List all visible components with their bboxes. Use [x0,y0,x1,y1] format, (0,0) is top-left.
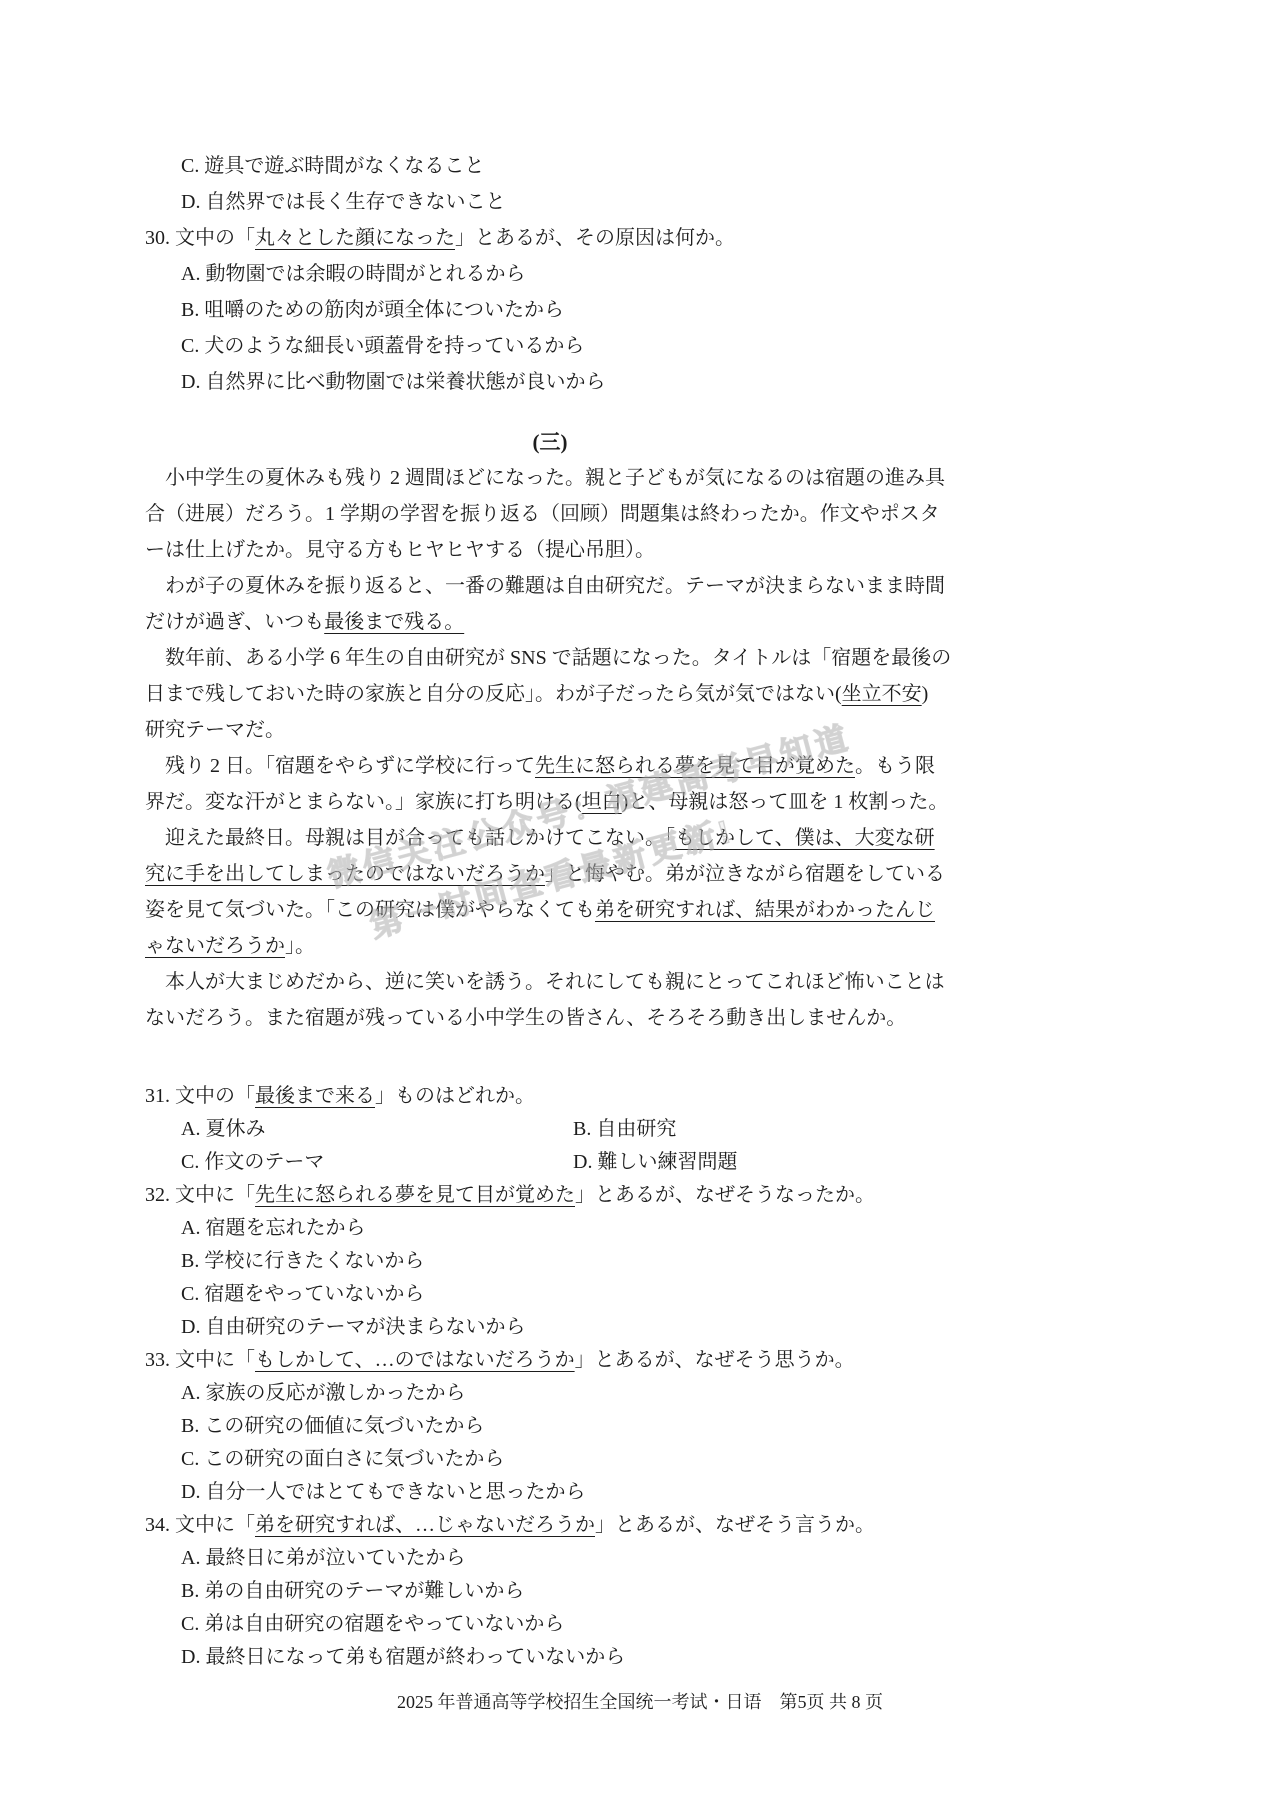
text-segment: 日まで残しておいた時の家族と自分の反応」。わが子だったら気が気ではない( [145,683,842,705]
q32-option-c: C. 宿題をやっていないから [145,1278,955,1311]
text-segment: 31. 文中の「 [145,1085,255,1107]
passage-line: 究に手を出してしまったのではないだろうか」と悔やむ。弟が泣きながら宿題をしている [145,856,955,892]
underlined-quote: 弟を研究すれば、…じゃないだろうか [255,1514,595,1536]
text-segment: 33. 文中に「 [145,1349,255,1371]
q32-option-d: D. 自由研究のテーマが決まらないから [145,1311,955,1344]
underlined-annotation: 坦白 [582,791,622,813]
q30-stem: 30. 文中の「丸々とした顔になった」とあるが、その原因は何か。 [145,220,955,256]
text-segment: 」とあるが、その原因は何か。 [455,227,735,249]
passage-line: ゃないだろうか」。 [145,928,955,964]
underlined-quote: 先生に怒られる夢を見て目が覚めた [255,1184,575,1206]
q29-option-c: C. 遊具で遊ぶ時間がなくなること [145,148,955,184]
questions-section: 31. 文中の「最後まで来る」ものはどれか。 A. 夏休み B. 自由研究 C.… [145,1080,955,1674]
q34-option-b: B. 弟の自由研究のテーマが難しいから [145,1575,955,1608]
passage-line: だけが過ぎ、いつも最後まで残る。 [145,604,955,640]
passage-line: 姿を見て気づいた。「この研究は僕がやらなくても弟を研究すれば、結果がわかったんじ [145,892,955,928]
q31-stem: 31. 文中の「最後まで来る」ものはどれか。 [145,1080,955,1113]
text-segment: 界だ。変な汗がとまらない。」家族に打ち明ける( [145,791,582,813]
section-heading: (三) [145,424,955,460]
q32-stem: 32. 文中に「先生に怒られる夢を見て目が覚めた」とあるが、なぜそうなったか。 [145,1179,955,1212]
underlined-quote: もしかして、…のではないだろうか [255,1349,575,1371]
q31-option-d: D. 難しい練習問題 [573,1146,955,1179]
text-segment: 」とあるが、なぜそう思うか。 [575,1349,855,1371]
exam-page: C. 遊具で遊ぶ時間がなくなること D. 自然界では長く生存できないこと 30.… [0,0,1280,1810]
text-segment: 。もう限 [855,755,935,777]
text-segment: 32. 文中に「 [145,1184,255,1206]
text-segment: ) [922,683,929,705]
text-segment: 」ものはどれか。 [375,1085,535,1107]
passage-line: 界だ。変な汗がとまらない。」家族に打ち明ける(坦白)と、母親は怒って皿を 1 枚… [145,784,955,820]
text-segment: 34. 文中に「 [145,1514,255,1536]
text-segment: 」。 [285,935,315,957]
q31-options: A. 夏休み B. 自由研究 C. 作文のテーマ D. 難しい練習問題 [145,1113,955,1179]
text-segment: 」とあるが、なぜそうなったか。 [575,1184,875,1206]
passage-line: ーは仕上げたか。見守る方もヒヤヒヤする（提心吊胆）。 [145,532,955,568]
underlined-text: もしかして、僕は、大変な研 [675,827,935,849]
underlined-text: ゃないだろうか [145,935,285,957]
passage-line: 迎えた最終日。母親は目が合っても話しかけてこない。「もしかして、僕は、大変な研 [145,820,955,856]
q33-option-c: C. この研究の面白さに気づいたから [145,1443,955,1476]
q31-option-c: C. 作文のテーマ [181,1146,573,1179]
page-content: C. 遊具で遊ぶ時間がなくなること D. 自然界では長く生存できないこと 30.… [145,148,955,1674]
q30-option-c: C. 犬のような細長い頭蓋骨を持っているから [145,328,955,364]
q32-option-b: B. 学校に行きたくないから [145,1245,955,1278]
q30-option-a: A. 動物園では余暇の時間がとれるから [145,256,955,292]
q33-option-a: A. 家族の反応が激しかったから [145,1377,955,1410]
q31-option-b: B. 自由研究 [573,1113,955,1146]
underlined-annotation: 坐立不安 [842,683,922,705]
underlined-text: 弟を研究すれば、結果がわかったんじ [595,899,935,921]
text-segment: )と、母親は怒って皿を 1 枚割った。 [622,791,949,813]
q34-option-c: C. 弟は自由研究の宿題をやっていないから [145,1608,955,1641]
text-segment: 残り 2 日。「宿題をやらずに学校に行って [145,755,535,777]
q34-option-d: D. 最終日になって弟も宿題が終わっていないから [145,1641,955,1674]
text-segment: 姿を見て気づいた。「この研究は僕がやらなくても [145,899,595,921]
q32-option-a: A. 宿題を忘れたから [145,1212,955,1245]
q33-option-b: B. この研究の価値に気づいたから [145,1410,955,1443]
underlined-text: 先生に怒られる夢を見て目が覚めた [535,755,855,777]
text-segment: だけが過ぎ、いつも [145,611,324,633]
text-segment: 30. 文中の「 [145,227,255,249]
underlined-text: 究に手を出してしまったのではないだろうか [145,863,545,885]
passage-line: 数年前、ある小学 6 年生の自由研究が SNS で話題になった。タイトルは「宿題… [145,640,955,676]
underlined-quote: 丸々とした顔になった [255,227,455,249]
passage-line: 小中学生の夏休みも残り 2 週間ほどになった。親と子どもが気になるのは宿題の進み… [145,460,955,496]
underlined-quote: 最後まで来る [255,1085,375,1107]
q30-option-d: D. 自然界に比べ動物園では栄養状態が良いから [145,364,955,400]
text-segment: 迎えた最終日。母親は目が合っても話しかけてこない。「 [145,827,675,849]
reading-passage: 小中学生の夏休みも残り 2 週間ほどになった。親と子どもが気になるのは宿題の進み… [145,460,955,1036]
q34-option-a: A. 最終日に弟が泣いていたから [145,1542,955,1575]
q33-stem: 33. 文中に「もしかして、…のではないだろうか」とあるが、なぜそう思うか。 [145,1344,955,1377]
text-segment: 」とあるが、なぜそう言うか。 [595,1514,875,1536]
text-segment: 」と悔やむ。弟が泣きながら宿題をしている [545,863,945,885]
q31-option-a: A. 夏休み [181,1113,573,1146]
passage-line: 残り 2 日。「宿題をやらずに学校に行って先生に怒られる夢を見て目が覚めた。もう… [145,748,955,784]
passage-line: わが子の夏休みを振り返ると、一番の難題は自由研究だ。テーマが決まらないまま時間 [145,568,955,604]
passage-line: 合（进展）だろう。1 学期の学習を振り返る（回顾）問題集は終わったか。作文やポス… [145,496,955,532]
passage-line: 本人が大まじめだから、逆に笑いを誘う。それにしても親にとってこれほど怖いことは [145,964,955,1000]
q29-option-d: D. 自然界では長く生存できないこと [145,184,955,220]
passage-line: 日まで残しておいた時の家族と自分の反応」。わが子だったら気が気ではない(坐立不安… [145,676,955,712]
page-footer: 2025 年普通高等学校招生全国统一考试・日语 第5页 共 8 页 [0,1690,1280,1714]
q34-stem: 34. 文中に「弟を研究すれば、…じゃないだろうか」とあるが、なぜそう言うか。 [145,1509,955,1542]
passage-line: ないだろう。また宿題が残っている小中学生の皆さん、そろそろ動き出しませんか。 [145,1000,955,1036]
passage-line: 研究テーマだ。 [145,712,955,748]
q33-option-d: D. 自分一人ではとてもできないと思ったから [145,1476,955,1509]
underlined-text: 最後まで残る。 [324,611,464,633]
q30-option-b: B. 咀嚼のための筋肉が頭全体についたから [145,292,955,328]
